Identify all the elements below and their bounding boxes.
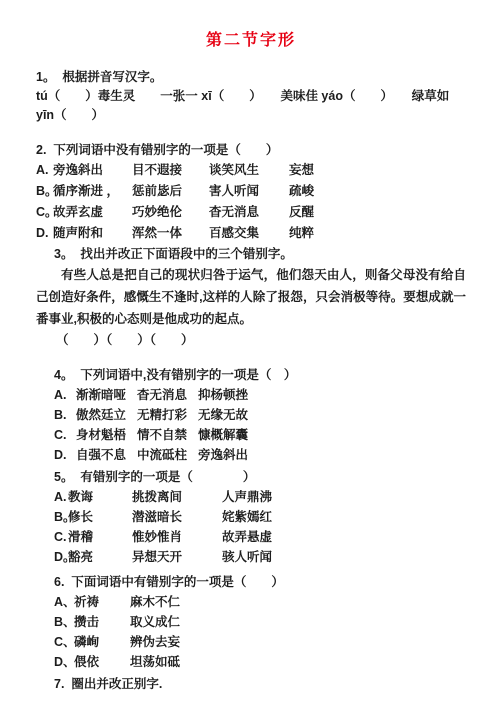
question-4: 4。 下列词语中,没有错别字的一项是（ ） A. 渐渐暗哑 杳无消息 抑杨顿挫 …	[54, 365, 466, 465]
option-term: 辨伪去妄	[130, 632, 466, 652]
option-term: 巧妙绝伦	[132, 202, 209, 223]
question-5-heading: 5。 有错别字的一项是（ ）	[54, 467, 466, 487]
option-term: 情不自禁	[137, 425, 198, 445]
q6-option-a: A、 祈祷 麻木不仁	[54, 592, 466, 612]
option-term: 疏峻	[289, 181, 466, 202]
option-term: 教诲	[68, 487, 132, 507]
option-term: 傲然廷立	[76, 405, 137, 425]
q4-option-d: D. 自强不息 中流砥柱 旁逸斜出	[54, 445, 466, 465]
question-6: 6. 下面词语中有错别字的一项是（ ） A、 祈祷 麻木不仁 B、 攒击 取义成…	[54, 572, 466, 672]
option-term: 人声鼎沸	[222, 487, 466, 507]
option-term: 骇人听闻	[222, 547, 466, 567]
option-term: 无精打彩	[137, 405, 198, 425]
option-label: C.	[54, 527, 68, 547]
question-4-heading: 4。 下列词语中,没有错别字的一项是（ ）	[54, 365, 466, 385]
option-term: 坦荡如砥	[130, 652, 466, 672]
q5-option-a: A. 教诲 挑拨离间 人声鼎沸	[54, 487, 466, 507]
question-6-heading: 6. 下面词语中有错别字的一项是（ ）	[54, 572, 466, 592]
question-1-pinyin-line: tú（ ）毒生灵 一张一 xī（ ） 美味佳 yáo（ ） 绿草如 yīn（ ）	[36, 87, 466, 125]
question-2: 2. 下列词语中没有错别字的一项是（ ） A. 旁逸斜出 目不遐接 谈笑风生 妄…	[36, 141, 466, 244]
option-term: 磷峋	[74, 632, 130, 652]
option-term: 身材魁梧	[76, 425, 137, 445]
question-1-heading: 1。 根据拼音写汉字。	[36, 67, 466, 87]
question-7-heading: 7. 圈出并改正别字.	[54, 674, 466, 694]
option-label: A.	[36, 160, 53, 181]
q2-option-a: A. 旁逸斜出 目不遐接 谈笑风生 妄想	[36, 160, 466, 181]
option-term: 惩前毖后	[132, 181, 209, 202]
option-term: 自强不息	[76, 445, 137, 465]
option-term: 滑稽	[68, 527, 132, 547]
option-term: 故弄玄虚	[53, 202, 132, 223]
question-1: 1。 根据拼音写汉字。 tú（ ）毒生灵 一张一 xī（ ） 美味佳 yáo（ …	[36, 67, 466, 125]
question-3-answer-blanks: （ ）（ ）（ ）	[36, 330, 466, 351]
option-label: B。	[54, 507, 68, 527]
option-label: A.	[54, 487, 68, 507]
option-term: 纯粹	[289, 223, 466, 244]
q2-option-c: C。 故弄玄虚 巧妙绝伦 杳无消息 反醒	[36, 202, 466, 223]
option-label: B。	[36, 181, 53, 202]
option-term: 目不遐接	[132, 160, 209, 181]
option-term: 旁逸斜出	[53, 160, 132, 181]
option-term: 无缘无故	[198, 405, 466, 425]
question-5: 5。 有错别字的一项是（ ） A. 教诲 挑拨离间 人声鼎沸 B。 修长 潜滋暗…	[54, 467, 466, 567]
option-term: 异想天开	[132, 547, 222, 567]
q5-option-b: B。 修长 潜滋暗长 姹紫嫣红	[54, 507, 466, 527]
option-term: 循序渐进 ，	[53, 181, 132, 202]
option-term: 惟妙惟肖	[132, 527, 222, 547]
option-term: 偎依	[74, 652, 130, 672]
q4-option-a: A. 渐渐暗哑 杳无消息 抑杨顿挫	[54, 385, 466, 405]
option-term: 挑拨离间	[132, 487, 222, 507]
q5-option-c: C. 滑稽 惟妙惟肖 故弄悬虚	[54, 527, 466, 547]
option-label: C。	[36, 202, 53, 223]
option-term: 中流砥柱	[137, 445, 198, 465]
question-3-heading: 3。 找出并改正下面语段中的三个错别字。	[54, 244, 466, 264]
worksheet-page: 第二节字形 1。 根据拼音写汉字。 tú（ ）毒生灵 一张一 xī（ ） 美味佳…	[0, 0, 496, 702]
option-term: 抑杨顿挫	[198, 385, 466, 405]
q4-option-c: C. 身材魁梧 情不自禁 慷概解囊	[54, 425, 466, 445]
option-term: 豁亮	[68, 547, 132, 567]
option-term: 杳无消息	[137, 385, 198, 405]
option-term: 麻木不仁	[130, 592, 466, 612]
option-term: 潜滋暗长	[132, 507, 222, 527]
question-7: 7. 圈出并改正别字.	[54, 674, 466, 694]
q2-option-d: D. 随声附和 浑然一体 百感交集 纯粹	[36, 223, 466, 244]
option-label: A.	[54, 385, 76, 405]
option-term: 反醒	[289, 202, 466, 223]
question-3-passage: 有些人总是把自己的现状归咎于运气，他们怨天由人，则备父母没有给自己创造好条件，感…	[36, 264, 466, 330]
option-term: 故弄悬虚	[222, 527, 466, 547]
option-term: 修长	[68, 507, 132, 527]
question-2-heading: 2. 下列词语中没有错别字的一项是（ ）	[36, 141, 466, 160]
option-label: B.	[54, 405, 76, 425]
option-label: D。	[54, 547, 68, 567]
option-label: D、	[54, 652, 74, 672]
question-3: 3。 找出并改正下面语段中的三个错别字。 有些人总是把自己的现状归咎于运气，他们…	[36, 244, 466, 351]
option-term: 杳无消息	[209, 202, 289, 223]
q6-option-d: D、 偎依 坦荡如砥	[54, 652, 466, 672]
option-term: 姹紫嫣红	[222, 507, 466, 527]
q6-option-c: C、 磷峋 辨伪去妄	[54, 632, 466, 652]
option-term: 取义成仁	[130, 612, 466, 632]
page-title: 第二节字形	[36, 30, 466, 52]
option-label: C.	[54, 425, 76, 445]
option-label: A、	[54, 592, 74, 612]
option-label: D.	[54, 445, 76, 465]
option-term: 害人听闻	[209, 181, 289, 202]
option-term: 旁逸斜出	[198, 445, 466, 465]
option-term: 妄想	[289, 160, 466, 181]
option-term: 谈笑风生	[209, 160, 289, 181]
option-label: C、	[54, 632, 74, 652]
option-term: 攒击	[74, 612, 130, 632]
q4-option-b: B. 傲然廷立 无精打彩 无缘无故	[54, 405, 466, 425]
option-label: B、	[54, 612, 74, 632]
option-term: 慷概解囊	[198, 425, 466, 445]
q5-option-d: D。 豁亮 异想天开 骇人听闻	[54, 547, 466, 567]
option-term: 浑然一体	[132, 223, 209, 244]
option-label: D.	[36, 223, 53, 244]
option-term: 百感交集	[209, 223, 289, 244]
option-term: 渐渐暗哑	[76, 385, 137, 405]
option-term: 随声附和	[53, 223, 132, 244]
q2-option-b: B。 循序渐进 ， 惩前毖后 害人听闻 疏峻	[36, 181, 466, 202]
q6-option-b: B、 攒击 取义成仁	[54, 612, 466, 632]
option-term: 祈祷	[74, 592, 130, 612]
